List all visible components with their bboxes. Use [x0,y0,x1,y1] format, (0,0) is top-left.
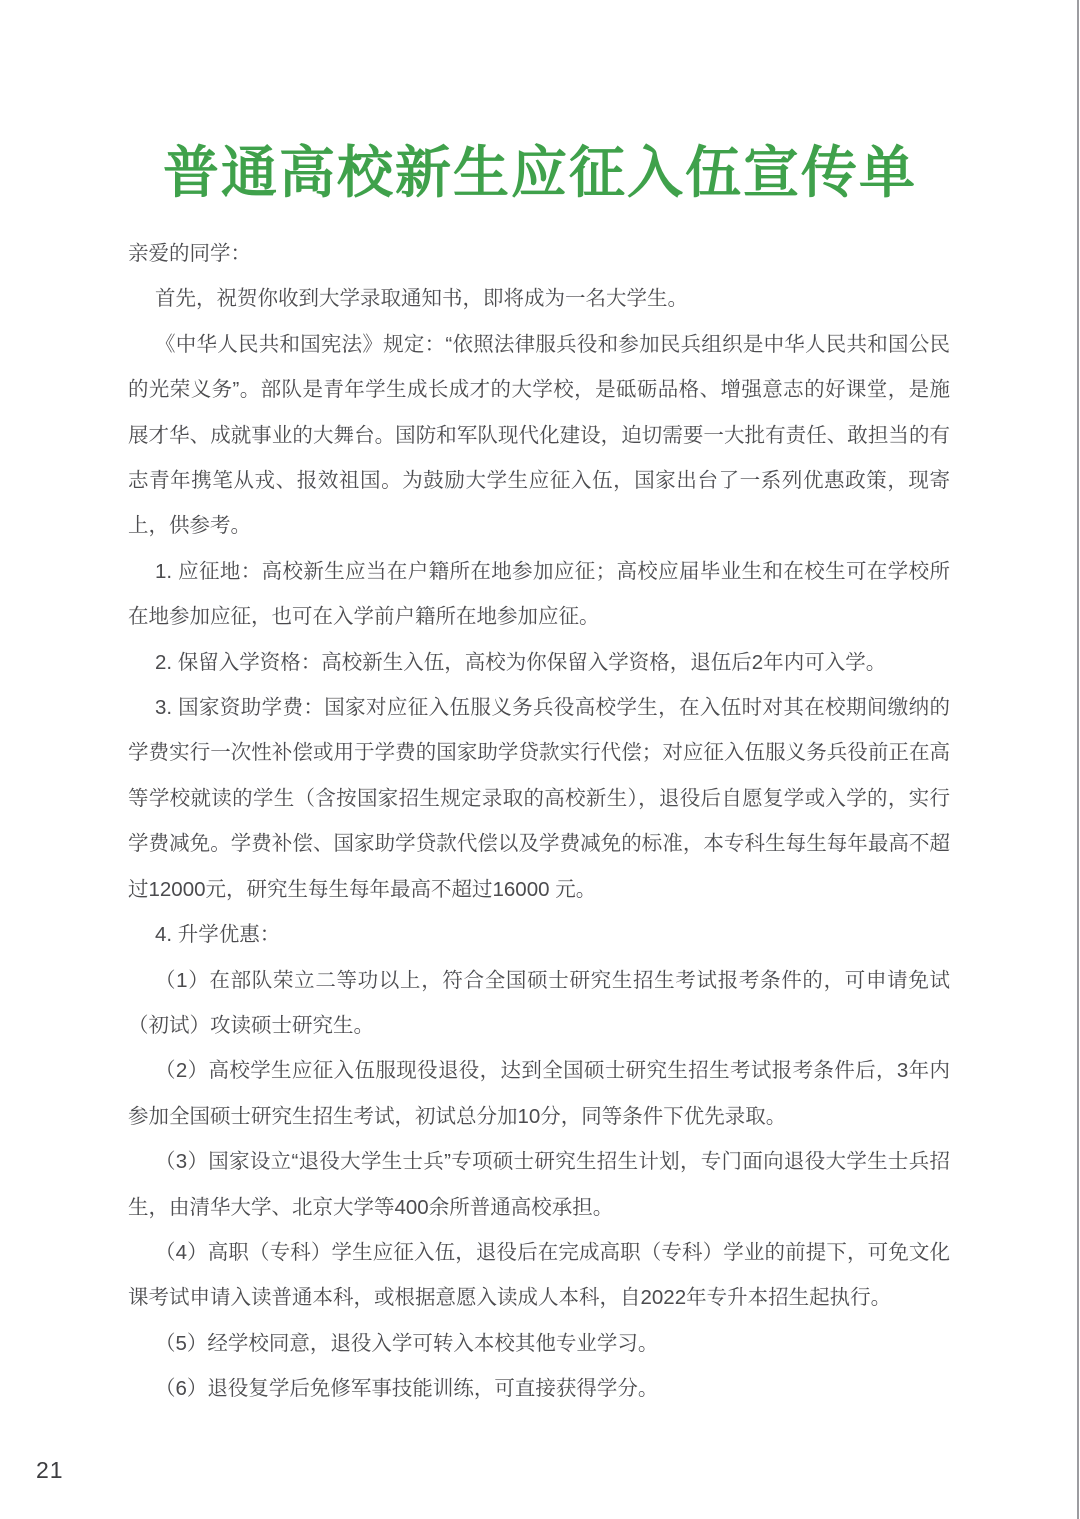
paragraph-subitem-2-exam-bonus-points: （2）高校学生应征入伍服现役退役，达到全国硕士研究生招生考试报考条件后，3年内参… [128,1048,950,1139]
paragraph-subitem-4-vocational-upgrade: （4）高职（专科）学生应征入伍，退役后在完成高职（专科）学业的前提下，可免文化课… [128,1230,950,1321]
document-body: 亲爱的同学： 首先，祝贺你收到大学录取通知书，即将成为一名大学生。 《中华人民共… [128,231,950,1412]
page-number: 21 [36,1457,64,1484]
paragraph-subitem-3-special-postgraduate-plan: （3）国家设立“退役大学生士兵”专项硕士研究生招生计划，专门面向退役大学生士兵招… [128,1139,950,1230]
paragraph-item-3-tuition-subsidy: 3. 国家资助学费：国家对应征入伍服义务兵役高校学生，在入伍时对其在校期间缴纳的… [128,685,950,912]
paragraph-item-2-admission-reserved: 2. 保留入学资格：高校新生入伍，高校为你保留入学资格，退伍后2年内可入学。 [128,640,950,685]
paragraph-constitution: 《中华人民共和国宪法》规定：“依照法律服兵役和参加民兵组织是中华人民共和国公民的… [128,322,950,549]
scan-edge-line [1077,0,1079,1519]
paragraph-subitem-5-major-transfer: （5）经学校同意，退役入学可转入本校其他专业学习。 [128,1321,950,1366]
paragraph-item-1-enlistment-place: 1. 应征地：高校新生应当在户籍所在地参加应征；高校应届毕业生和在校生可在学校所… [128,549,950,640]
paragraph-intro-congrats: 首先，祝贺你收到大学录取通知书，即将成为一名大学生。 [128,276,950,321]
paragraph-item-4-further-study-heading: 4. 升学优惠： [128,912,950,957]
document-page: 普通高校新生应征入伍宣传单 亲爱的同学： 首先，祝贺你收到大学录取通知书，即将成… [0,0,1080,1519]
salutation: 亲爱的同学： [128,231,950,276]
paragraph-subitem-6-military-training-credit: （6）退役复学后免修军事技能训练，可直接获得学分。 [128,1366,950,1411]
paragraph-subitem-1-merit-exemption: （1）在部队荣立二等功以上，符合全国硕士研究生招生考试报考条件的，可申请免试（初… [128,958,950,1049]
page-title: 普通高校新生应征入伍宣传单 [0,141,1080,207]
